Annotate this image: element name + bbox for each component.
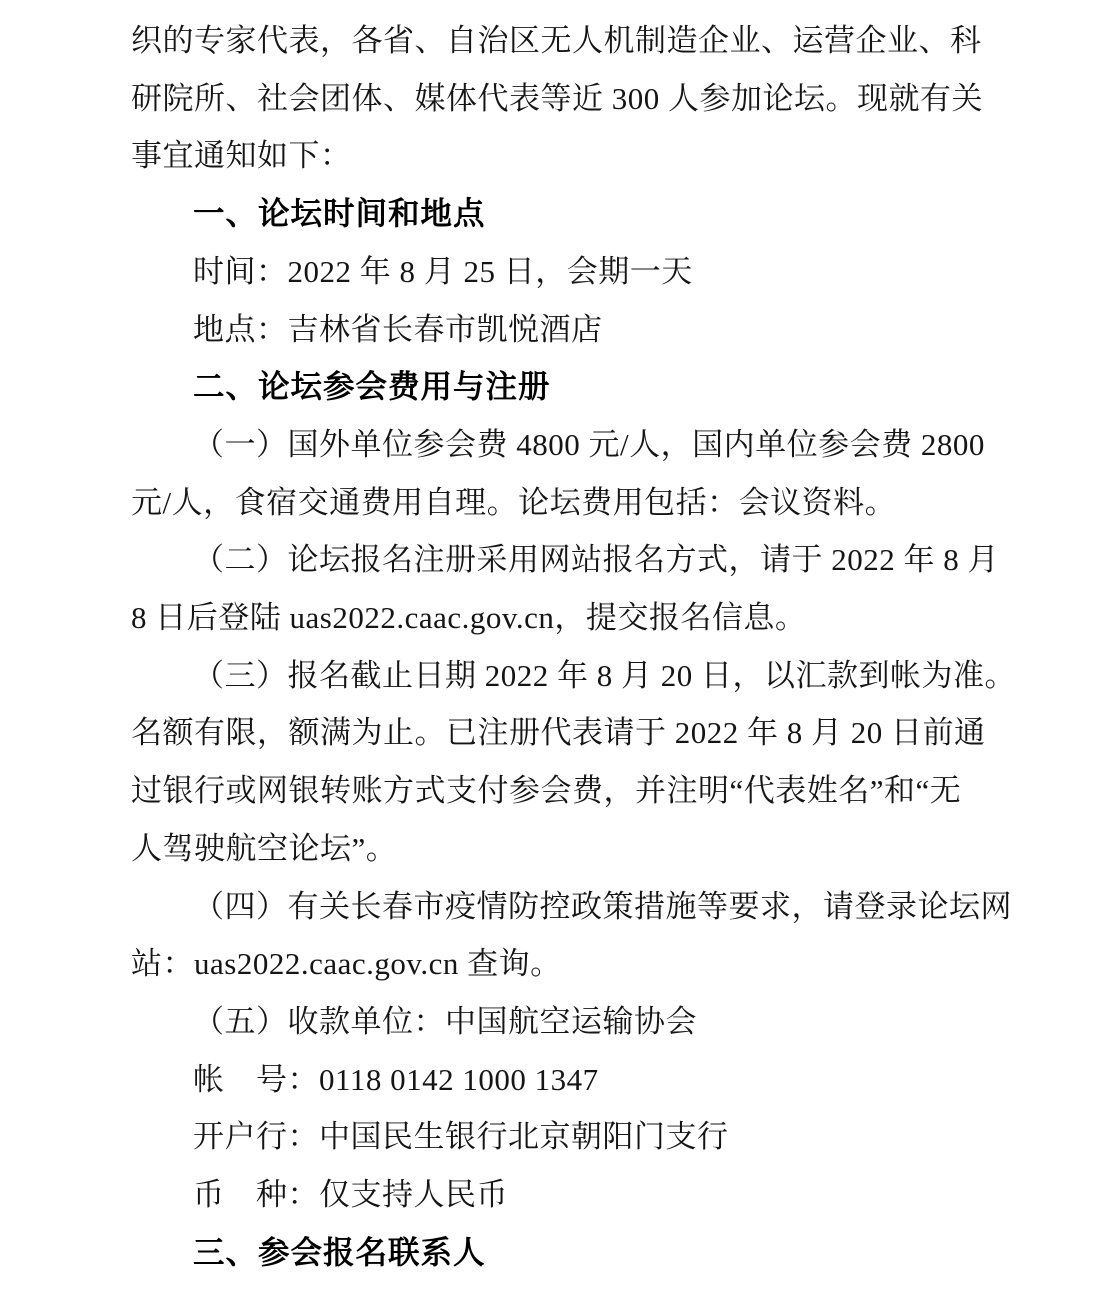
fees-item-1: （一）国外单位参会费 4800 元/人，国内单位参会费 2800 元/人，食宿交… <box>131 416 965 531</box>
fees-item-2: （二）论坛报名注册采用网站报名方式，请于 2022 年 8 月 8 日后登陆 u… <box>131 531 965 646</box>
text-line: 织的专家代表，各省、自治区无人机制造企业、运营企业、科 <box>131 12 965 70</box>
text-line: （二）论坛报名注册采用网站报名方式，请于 2022 年 8 月 <box>131 531 965 589</box>
section-heading-fees-registration: 二、论坛参会费用与注册 <box>131 358 965 416</box>
text-line: （三）报名截止日期 2022 年 8 月 20 日，以汇款到帐为准。 <box>131 647 965 705</box>
section-heading-time-location: 一、论坛时间和地点 <box>131 185 965 243</box>
text-line: 站：uas2022.caac.gov.cn 查询。 <box>131 935 965 993</box>
fees-item-4: （四）有关长春市疫情防控政策措施等要求，请登录论坛网 站：uas2022.caa… <box>131 878 965 993</box>
text-line: （一）国外单位参会费 4800 元/人，国内单位参会费 2800 <box>131 416 965 474</box>
text-line: 8 日后登陆 uas2022.caac.gov.cn，提交报名信息。 <box>131 589 965 647</box>
fees-item-3: （三）报名截止日期 2022 年 8 月 20 日，以汇款到帐为准。 名额有限，… <box>131 647 965 878</box>
text-line: 事宜通知如下： <box>131 127 965 185</box>
section-heading-contacts: 三、参会报名联系人 <box>131 1224 965 1282</box>
document-page: 织的专家代表，各省、自治区无人机制造企业、运营企业、科 研院所、社会团体、媒体代… <box>0 0 1095 1307</box>
text-line: （四）有关长春市疫情防控政策措施等要求，请登录论坛网 <box>131 878 965 936</box>
intro-paragraph: 织的专家代表，各省、自治区无人机制造企业、运营企业、科 研院所、社会团体、媒体代… <box>131 12 965 185</box>
text-line: 研院所、社会团体、媒体代表等近 300 人参加论坛。现就有关 <box>131 70 965 128</box>
account-number-line: 帐 号：0118 0142 1000 1347 <box>131 1051 965 1109</box>
payee-line: （五）收款单位：中国航空运输协会 <box>131 993 965 1051</box>
forum-venue-line: 地点：吉林省长春市凯悦酒店 <box>131 301 965 359</box>
text-line: 名额有限，额满为止。已注册代表请于 2022 年 8 月 20 日前通 <box>131 704 965 762</box>
text-line: 过银行或网银转账方式支付参会费，并注明“代表姓名”和“无 <box>131 762 965 820</box>
bank-line: 开户行：中国民生银行北京朝阳门支行 <box>131 1108 965 1166</box>
currency-line: 币 种：仅支持人民币 <box>131 1166 965 1224</box>
forum-time-line: 时间：2022 年 8 月 25 日，会期一天 <box>131 243 965 301</box>
text-line: 人驾驶航空论坛”。 <box>131 820 965 878</box>
text-line: 元/人，食宿交通费用自理。论坛费用包括：会议资料。 <box>131 474 965 532</box>
